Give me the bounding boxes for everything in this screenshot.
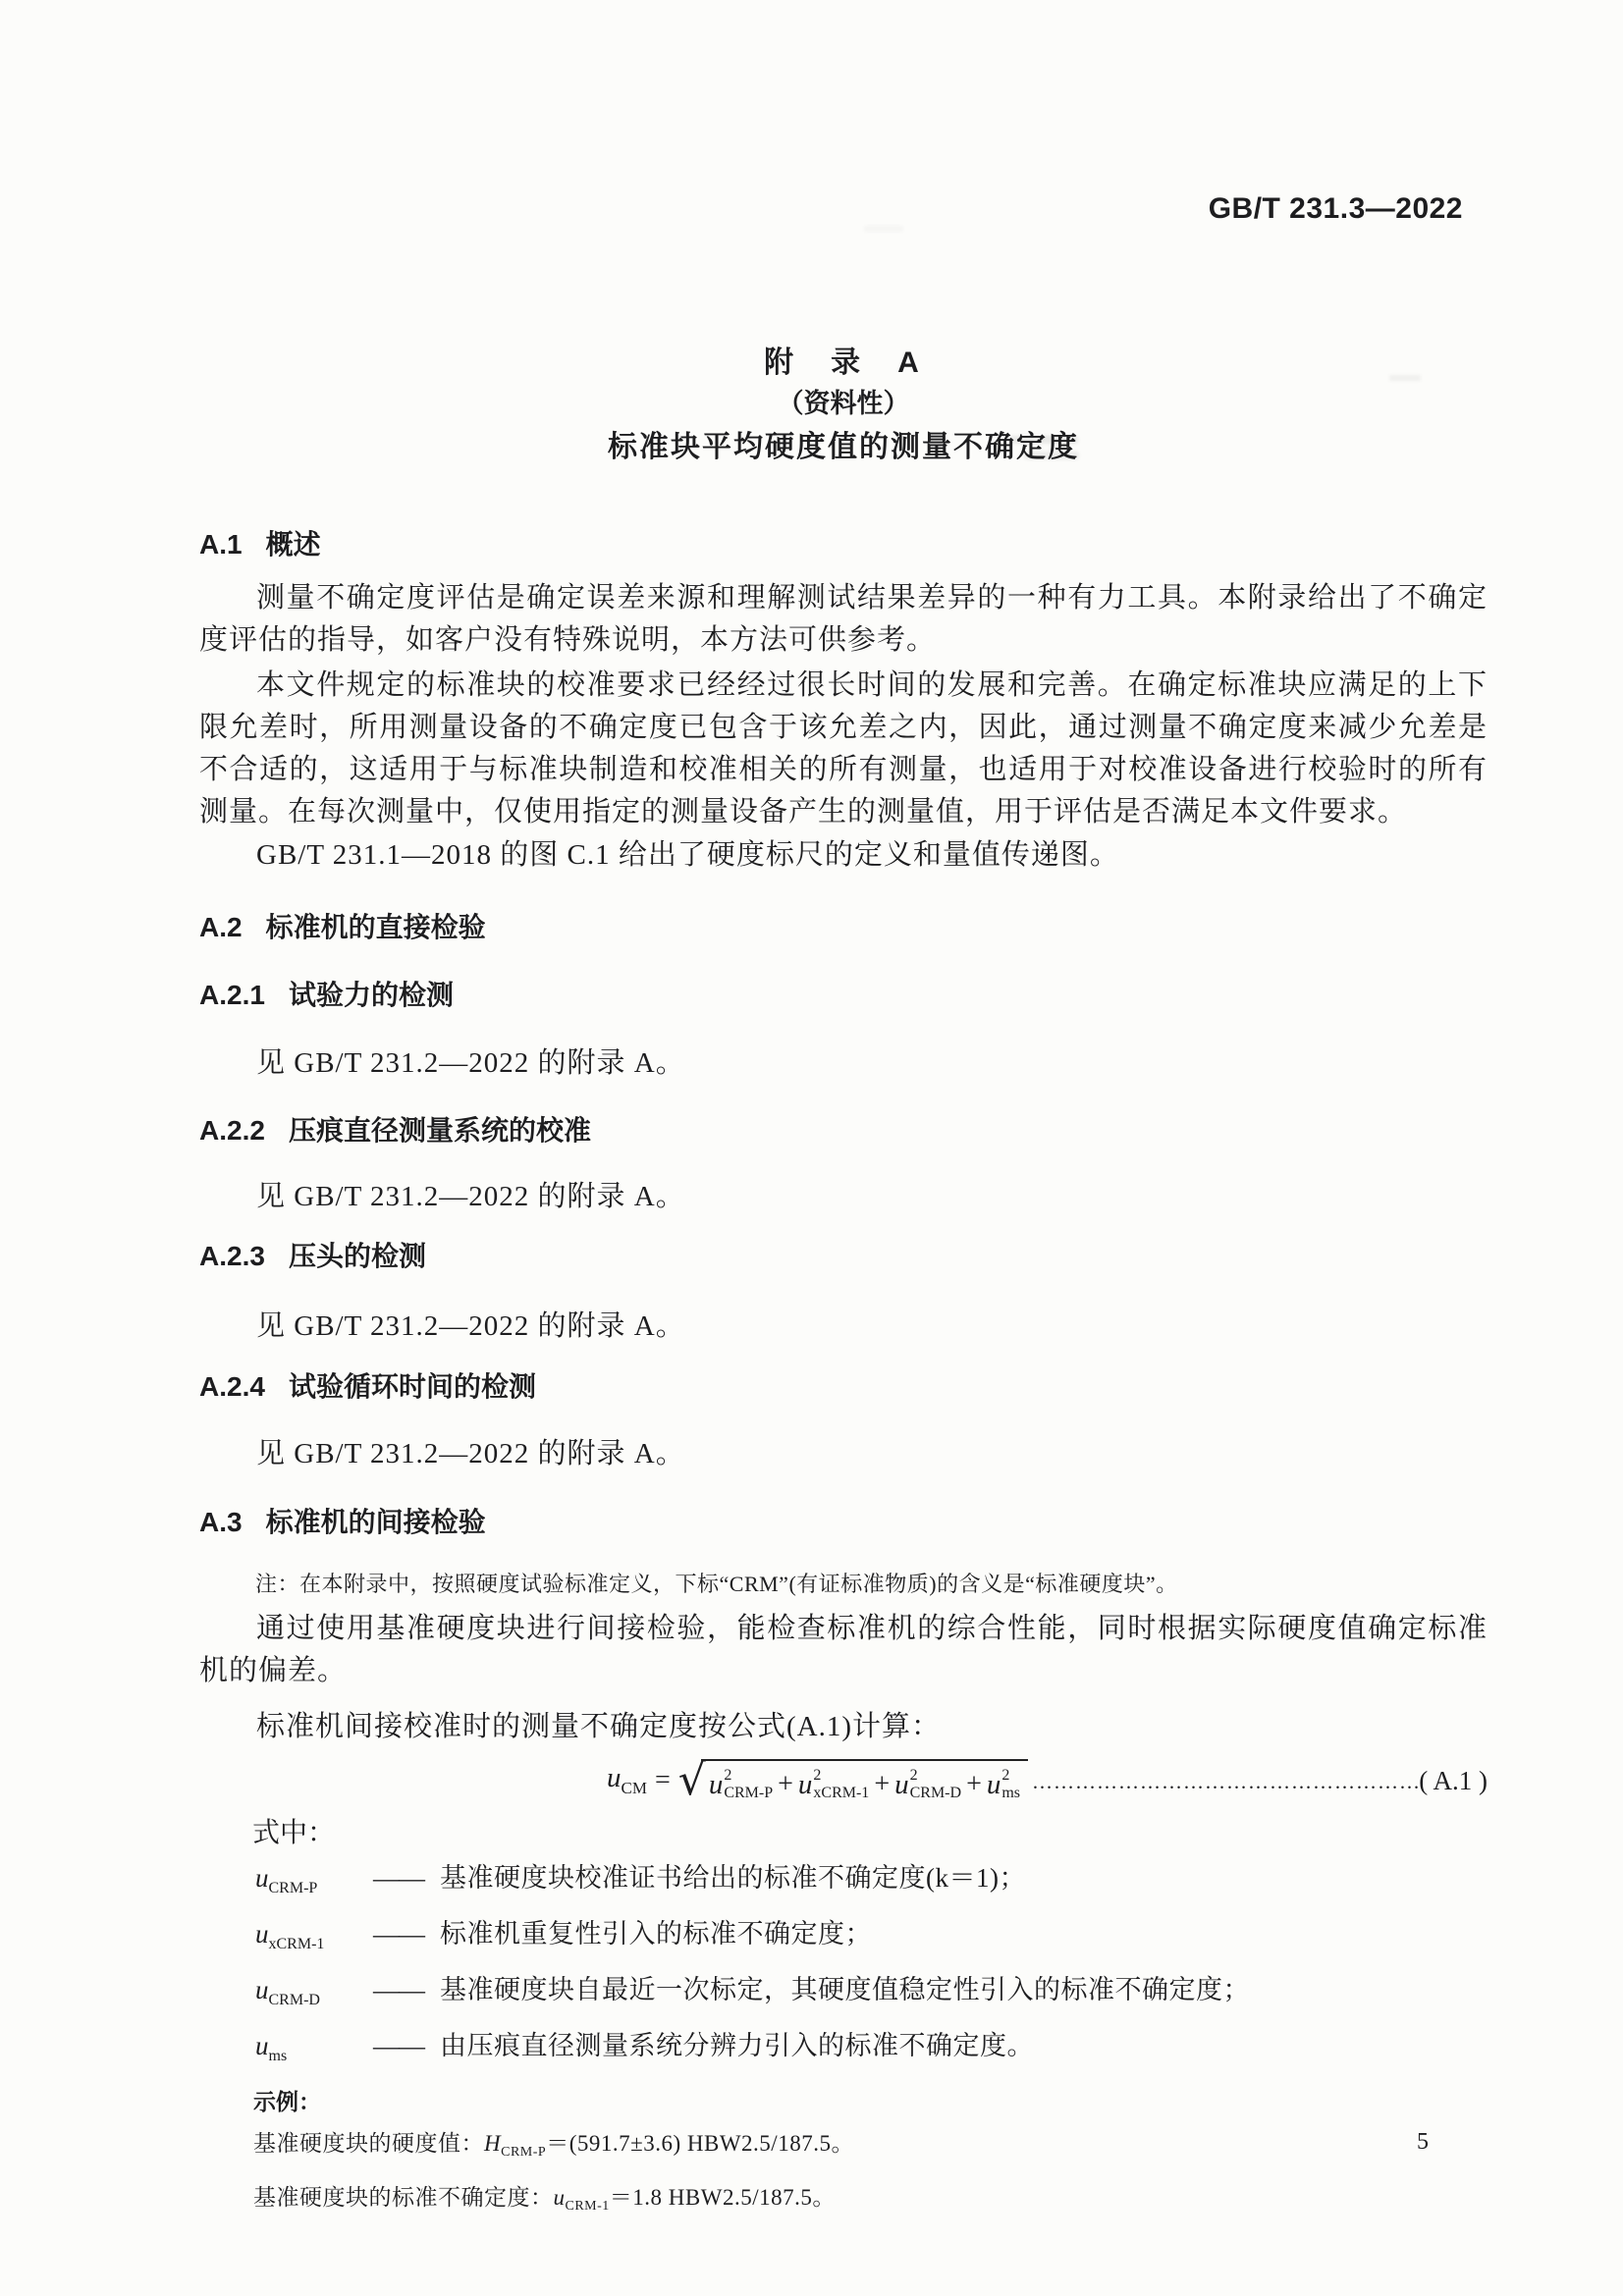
doc-number: GB/T 231.3—2022	[199, 192, 1463, 226]
plus-sign: +	[966, 1771, 982, 1798]
symbol-definitions: uCRM-P —— 基准硬度块校准证书给出的标准不确定度(k＝1)； uxCRM…	[255, 1861, 1488, 2073]
definition-row: uxCRM-1 —— 标准机重复性引入的标准不确定度；	[255, 1917, 1488, 1961]
example-prefix: 基准硬度块的硬度值：	[253, 2131, 484, 2156]
formula-subscript: CRM-1	[566, 2199, 610, 2214]
definition-symbol: ums	[255, 2029, 373, 2073]
section-title: 压头的检测	[289, 1241, 426, 1271]
paragraph-a2-1: 见 GB/T 231.2—2022 的附录 A。	[199, 1042, 1488, 1085]
formula-variable: u	[554, 2185, 566, 2210]
paragraph-a1-1: 测量不确定度评估是确定误差来源和理解测试结果差异的一种有力工具。本附录给出了不确…	[199, 577, 1488, 662]
page-number: 5	[1417, 2128, 1429, 2156]
example-value: ＝(591.7±3.6) HBW2.5/187.5。	[546, 2131, 854, 2156]
paragraph-a1-3: GB/T 231.1—2018 的图 C.1 给出了硬度标尺的定义和量值传递图。	[199, 834, 1488, 877]
definition-row: uCRM-P —— 基准硬度块校准证书给出的标准不确定度(k＝1)；	[255, 1861, 1488, 1905]
formula-subscript: CRM-D	[910, 1785, 961, 1802]
paragraph-a2-2: 见 GB/T 231.2—2022 的附录 A。	[199, 1176, 1488, 1218]
formula-variable: u	[255, 1919, 269, 1949]
section-number: A.3	[199, 1507, 243, 1537]
example-line-2: 基准硬度块的标准不确定度：uCRM-1＝1.8 HBW2.5/187.5。	[253, 2178, 1488, 2226]
formula-variable: u	[607, 1762, 622, 1793]
formula-superscript: 2	[910, 1767, 918, 1785]
section-heading-a2-4: A.2.4试验循环时间的检测	[199, 1369, 1488, 1405]
equals-sign: =	[655, 1765, 671, 1796]
formula-subscript: ms	[269, 2048, 288, 2064]
paragraph-a3-2: 标准机间接校准时的测量不确定度按公式(A.1)计算：	[199, 1706, 1488, 1748]
definition-text: 基准硬度块自最近一次标定，其硬度值稳定性引入的标准不确定度；	[440, 1973, 1250, 2006]
definition-symbol: uCRM-D	[255, 1973, 373, 2017]
section-number: A.2.4	[199, 1371, 265, 1402]
definition-text: 由压痕直径测量系统分辨力引入的标准不确定度。	[440, 2029, 1034, 2062]
appendix-subtitle: 标准块平均硬度值的测量不确定度	[199, 429, 1488, 466]
formula-variable: u	[987, 1771, 1001, 1799]
section-title: 压痕直径测量系统的校准	[289, 1115, 591, 1146]
definition-text: 基准硬度块校准证书给出的标准不确定度(k＝1)；	[440, 1861, 1026, 1895]
example-label: 示例：	[253, 2085, 1488, 2118]
formula-subscript: CRM-P	[501, 2145, 546, 2160]
section-heading-a3: A.3标准机的间接检验	[199, 1505, 1488, 1540]
section-title: 标准机的间接检验	[266, 1507, 486, 1537]
formula-variable: u	[255, 1863, 269, 1893]
example-prefix: 基准硬度块的标准不确定度：	[253, 2185, 554, 2210]
section-title: 标准机的直接检验	[266, 912, 486, 942]
plus-sign: +	[874, 1771, 890, 1798]
definition-dash: ——	[373, 1861, 424, 1895]
formula-subscript: CRM-D	[269, 1992, 320, 2008]
definition-dash: ——	[373, 1917, 424, 1950]
formula-superscript: 2	[724, 1767, 731, 1785]
paragraph-a3-1: 通过使用基准硬度块进行间接检验，能检查标准机的综合性能，同时根据实际硬度值确定标…	[199, 1608, 1488, 1692]
page-content: GB/T 231.3—2022 附 录 A （资料性） 标准块平均硬度值的测量不…	[0, 0, 1623, 2226]
section-heading-a1: A.1概述	[199, 527, 1488, 562]
formula-leader-dots: ……………………………………………………………………	[1028, 1770, 1419, 1794]
square-root: √ u2CRM-P + u2xCRM-1 + u2CRM-D + u2ms	[678, 1757, 1028, 1804]
formula-subscript: CRM-P	[724, 1785, 773, 1802]
formula-subscript: xCRM-1	[813, 1785, 869, 1802]
example-line-1: 基准硬度块的硬度值：HCRM-P＝(591.7±3.6) HBW2.5/187.…	[253, 2124, 1488, 2172]
appendix-title: 附 录 A	[199, 346, 1488, 381]
document-page: GB/T 231.3—2022 附 录 A （资料性） 标准块平均硬度值的测量不…	[0, 0, 1623, 2296]
formula-term: u2xCRM-1	[798, 1767, 869, 1803]
formula-a1: uCM = √ u2CRM-P + u2xCRM-1 + u2CRM-D + u…	[199, 1753, 1488, 1808]
definition-symbol: uxCRM-1	[255, 1917, 373, 1961]
definition-row: uCRM-D —— 基准硬度块自最近一次标定，其硬度值稳定性引入的标准不确定度；	[255, 1973, 1488, 2017]
paragraph-a2-4: 见 GB/T 231.2—2022 的附录 A。	[199, 1433, 1488, 1475]
formula-number: ( A.1 )	[1419, 1766, 1488, 1796]
formula-variable: u	[798, 1771, 813, 1799]
section-number: A.1	[199, 529, 243, 560]
formula-lhs: uCM	[607, 1764, 647, 1798]
definition-symbol: uCRM-P	[255, 1861, 373, 1905]
appendix-title-block: 附 录 A （资料性） 标准块平均硬度值的测量不确定度	[199, 346, 1488, 466]
formula-variable: u	[709, 1771, 724, 1799]
definition-row: ums —— 由压痕直径测量系统分辨力引入的标准不确定度。	[255, 2029, 1488, 2073]
formula-variable: u	[255, 2031, 269, 2060]
formula-variable: u	[894, 1771, 909, 1799]
formula-subscript: xCRM-1	[269, 1936, 325, 1952]
section-number: A.2	[199, 912, 243, 942]
definition-dash: ——	[373, 1973, 424, 2006]
where-label: 式中：	[252, 1814, 1488, 1853]
formula-variable: u	[255, 1975, 269, 2004]
formula-subscript: ms	[1001, 1785, 1020, 1802]
section-number: A.2.3	[199, 1241, 265, 1271]
section-heading-a2-1: A.2.1试验力的检测	[199, 978, 1488, 1013]
section-heading-a2: A.2标准机的直接检验	[199, 910, 1488, 945]
section-title: 概述	[266, 529, 321, 560]
formula-term: u2CRM-D	[894, 1767, 961, 1803]
section-number: A.2.2	[199, 1115, 265, 1146]
note-text: 注：在本附录中，按照硬度试验标准定义，下标“CRM”(有证标准物质)的含义是“标…	[255, 1568, 1488, 1601]
section-title: 试验循环时间的检测	[289, 1371, 536, 1402]
formula-subscript: CM	[622, 1779, 647, 1797]
formula-radicand: u2CRM-P + u2xCRM-1 + u2CRM-D + u2ms	[701, 1759, 1028, 1803]
appendix-type: （资料性）	[199, 387, 1488, 420]
section-heading-a2-3: A.2.3压头的检测	[199, 1239, 1488, 1274]
paragraph-a1-2: 本文件规定的标准块的校准要求已经经过很长时间的发展和完善。在确定标准块应满足的上…	[199, 665, 1488, 833]
formula-variable: H	[484, 2131, 501, 2156]
formula-subscript: CRM-P	[269, 1880, 318, 1896]
section-title: 试验力的检测	[289, 980, 454, 1010]
formula-term: u2ms	[987, 1767, 1020, 1803]
formula-superscript: 2	[813, 1767, 821, 1785]
formula-superscript: 2	[1001, 1767, 1009, 1785]
plus-sign: +	[778, 1771, 793, 1798]
definition-text: 标准机重复性引入的标准不确定度；	[440, 1917, 872, 1950]
paragraph-a2-3: 见 GB/T 231.2—2022 的附录 A。	[199, 1306, 1488, 1348]
formula-term: u2CRM-P	[709, 1767, 773, 1803]
section-number: A.2.1	[199, 980, 265, 1010]
section-heading-a2-2: A.2.2压痕直径测量系统的校准	[199, 1113, 1488, 1148]
definition-dash: ——	[373, 2029, 424, 2062]
example-value: ＝1.8 HBW2.5/187.5。	[610, 2185, 836, 2210]
